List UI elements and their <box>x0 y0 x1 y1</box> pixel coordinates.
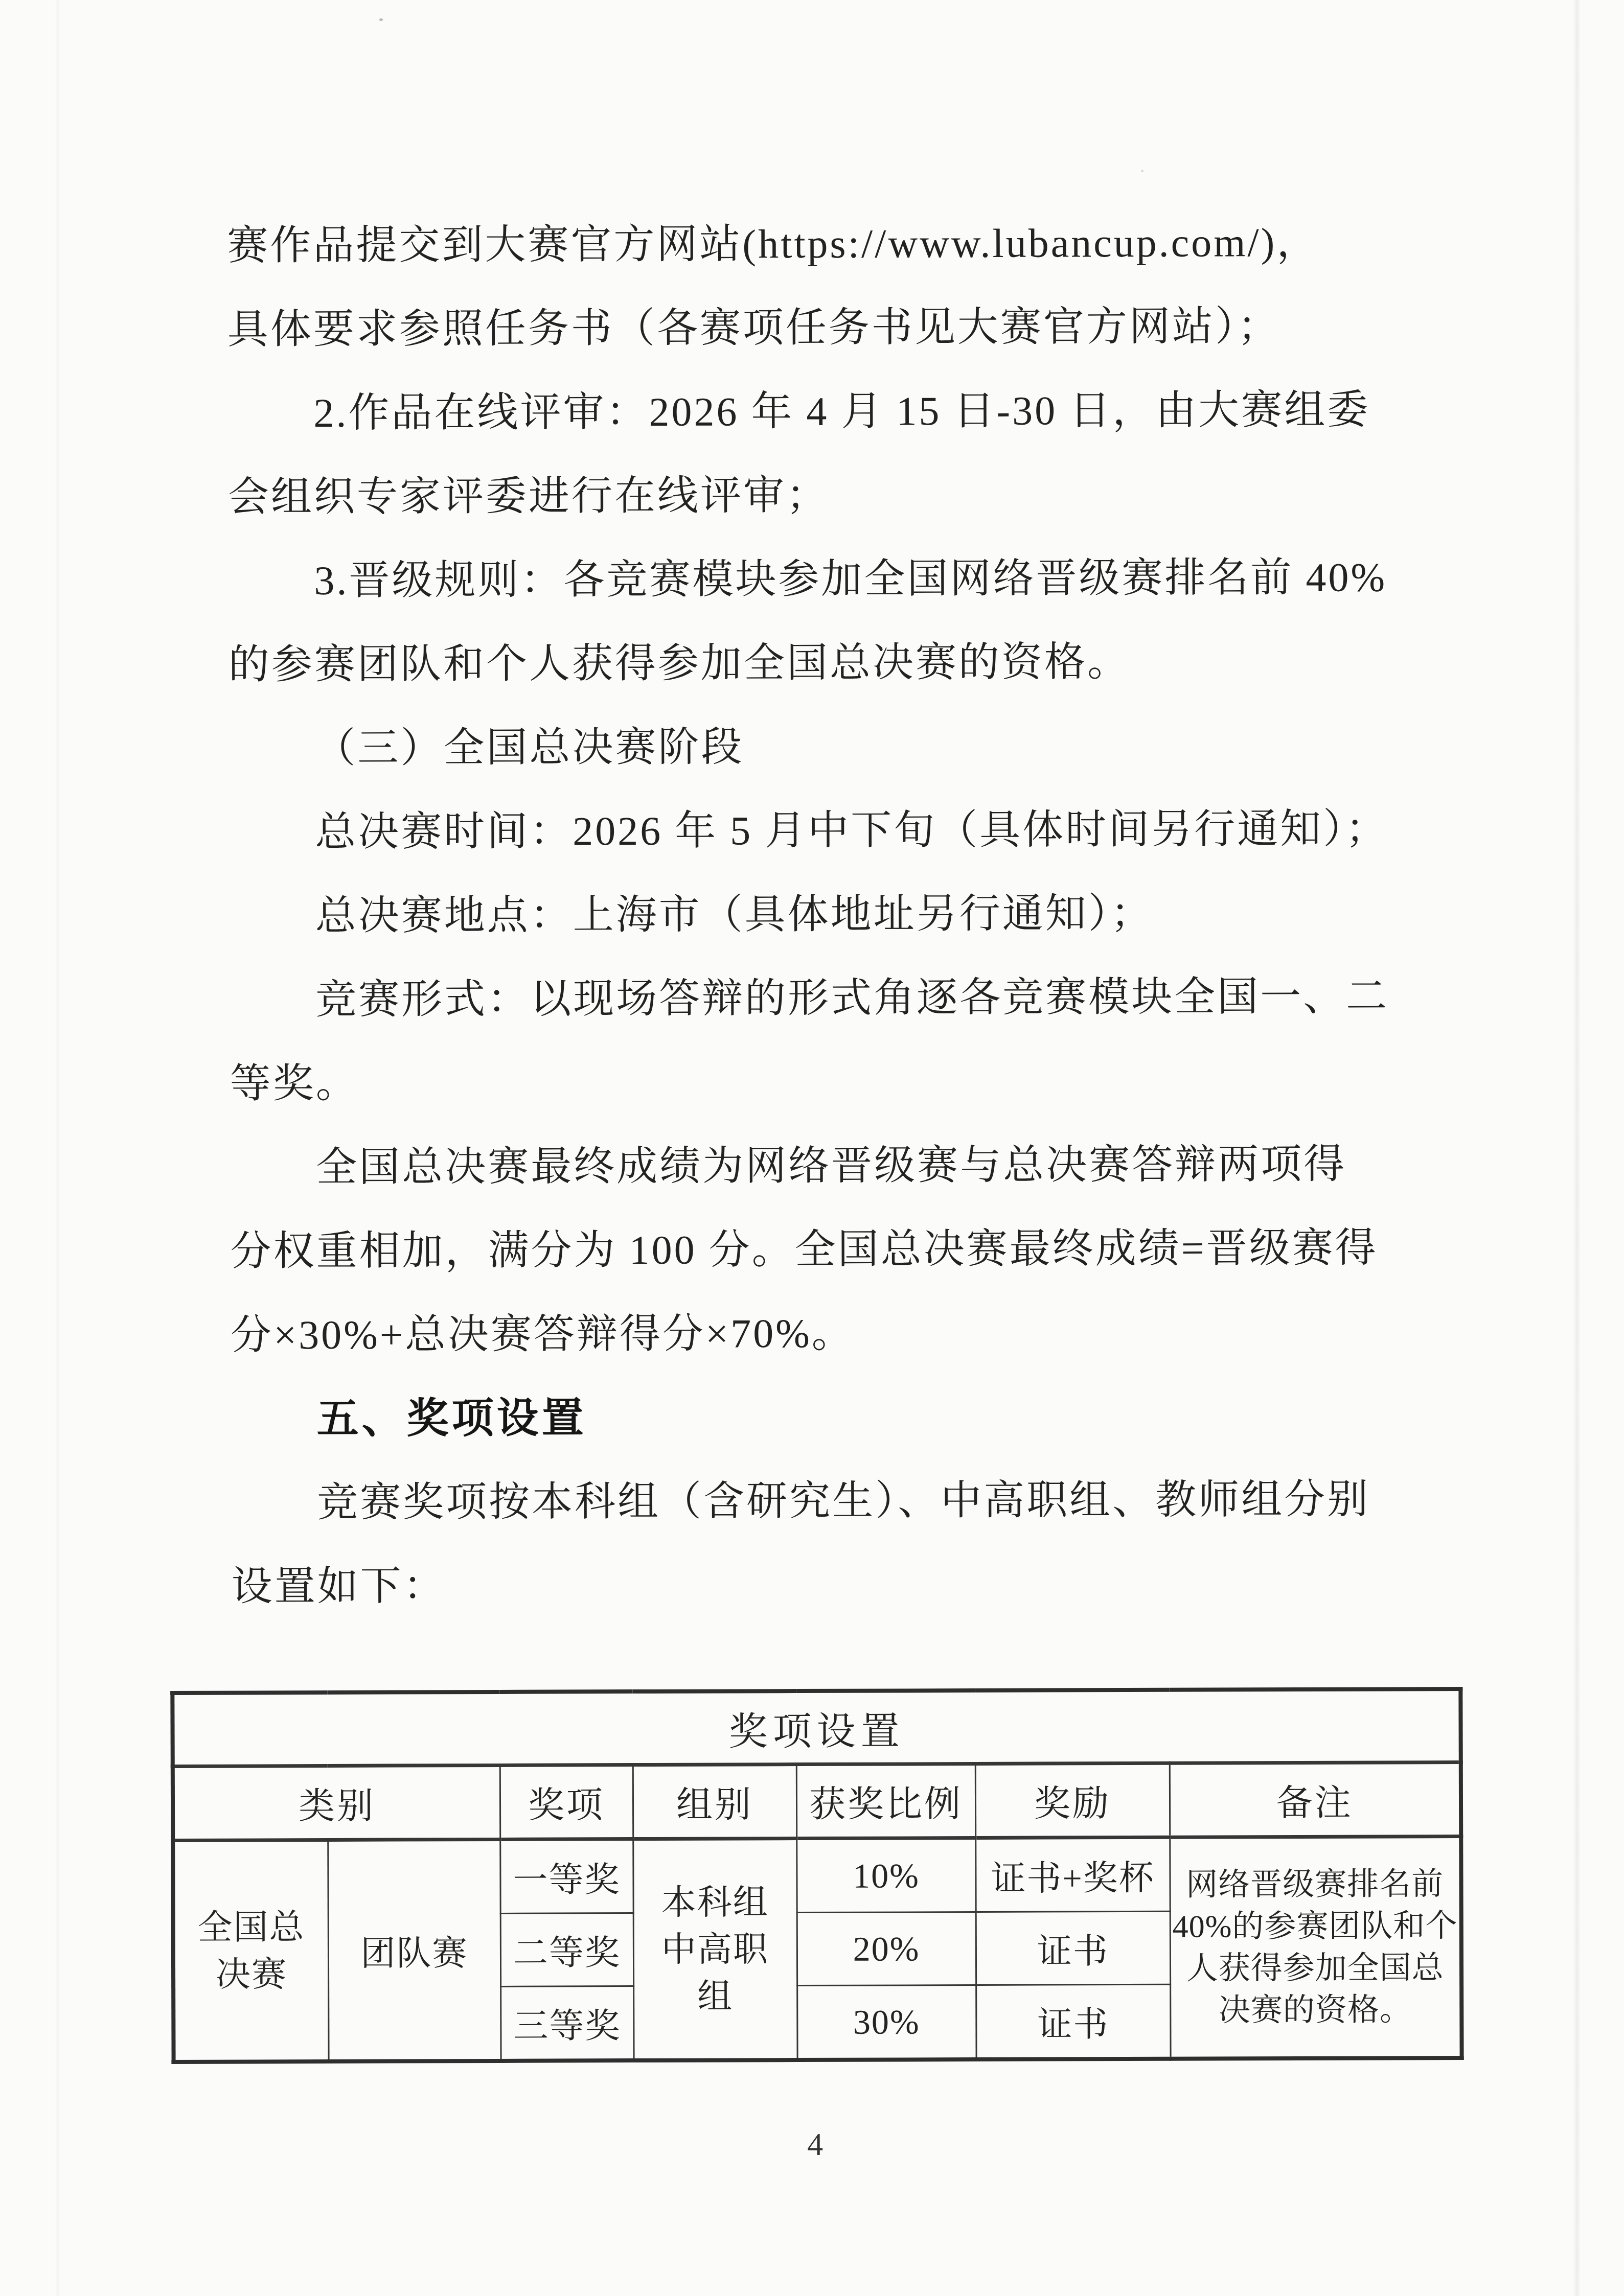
section-heading: 五、奖项设置 <box>231 1374 1468 1462</box>
cell-ratio: 20% <box>797 1912 976 1986</box>
text-line: 3.晋级规则：各竞赛模块参加全国网络晋级赛排名前 40% <box>228 536 1466 623</box>
cell-prize: 证书 <box>976 1911 1170 1985</box>
header-remark: 备注 <box>1170 1762 1461 1838</box>
cell-prize: 证书 <box>976 1984 1170 2059</box>
text-line: （三）全国总决赛阶段 <box>228 703 1466 791</box>
header-category: 类别 <box>173 1765 500 1840</box>
text-line: 全国总决赛最终成绩为网络晋级赛与总决赛答辩两项得 <box>230 1122 1468 1210</box>
cell-group: 本科组 中高职 组 <box>633 1839 797 2061</box>
table-header-row: 类别 奖项 组别 获奖比例 奖励 备注 <box>173 1762 1461 1841</box>
text-line: 的参赛团队和个人获得参加全国总决赛的资格。 <box>228 619 1466 707</box>
table-title-row: 奖项设置 <box>172 1689 1460 1766</box>
text-line: 赛作品提交到大赛官方网站(https://www.lubancup.com/)， <box>227 200 1465 288</box>
cell-award: 三等奖 <box>500 1986 633 2061</box>
table-row: 全国总 决赛 团队赛 一等奖 本科组 中高职 组 10% 证书+奖杯 网络晋级赛… <box>173 1837 1461 1915</box>
page-number: 4 <box>3 2124 1624 2166</box>
text-line: 总决赛时间：2026 年 5 月中下旬（具体时间另行通知）； <box>229 787 1467 875</box>
page-content: 赛作品提交到大赛官方网站(https://www.lubancup.com/)，… <box>0 0 1624 2296</box>
text-line: 竞赛奖项按本科组（含研究生）、中高职组、教师组分别 <box>231 1457 1469 1545</box>
award-settings-table: 奖项设置 类别 奖项 组别 获奖比例 奖励 备注 全国总 决赛 团队赛 一等奖 … <box>170 1687 1463 2064</box>
text-line: 2.作品在线评审：2026 年 4 月 15 日-30 日，由大赛组委 <box>227 368 1465 456</box>
header-ratio: 获奖比例 <box>796 1764 975 1839</box>
header-award: 奖项 <box>500 1765 633 1840</box>
cell-award: 一等奖 <box>500 1839 633 1914</box>
text-line: 等奖。 <box>230 1038 1467 1126</box>
cell-remark: 网络晋级赛排名前 40%的参赛团队和个 人获得参加全国总 决赛的资格。 <box>1170 1837 1461 2059</box>
text-line: 总决赛地点：上海市（具体地址另行通知）； <box>229 871 1467 959</box>
cell-ratio: 10% <box>796 1838 975 1913</box>
cell-ratio: 30% <box>797 1985 976 2060</box>
scanned-document-page: 赛作品提交到大赛官方网站(https://www.lubancup.com/)，… <box>0 0 1624 2296</box>
text-line: 会组织专家评委进行在线评审； <box>228 452 1466 540</box>
text-line: 竞赛形式：以现场答辩的形式角逐各竞赛模块全国一、二 <box>230 955 1467 1042</box>
header-prize: 奖励 <box>975 1763 1170 1838</box>
cell-award: 二等奖 <box>500 1913 633 1987</box>
text-line: 分×30%+总决赛答辩得分×70%。 <box>231 1290 1468 1378</box>
cell-prize: 证书+奖杯 <box>975 1837 1170 1912</box>
cell-category: 全国总 决赛 <box>173 1840 328 2061</box>
table-title: 奖项设置 <box>172 1689 1460 1766</box>
text-line: 具体要求参照任务书（各赛项任务书见大赛官方网站）； <box>227 284 1465 372</box>
header-group: 组别 <box>633 1765 796 1839</box>
body-text: 赛作品提交到大赛官方网站(https://www.lubancup.com/)，… <box>227 200 1469 1629</box>
text-line: 分权重相加，满分为 100 分。全国总决赛最终成绩=晋级赛得 <box>230 1206 1468 1294</box>
cell-event-type: 团队赛 <box>328 1839 500 2061</box>
text-line: 设置如下： <box>231 1541 1469 1629</box>
